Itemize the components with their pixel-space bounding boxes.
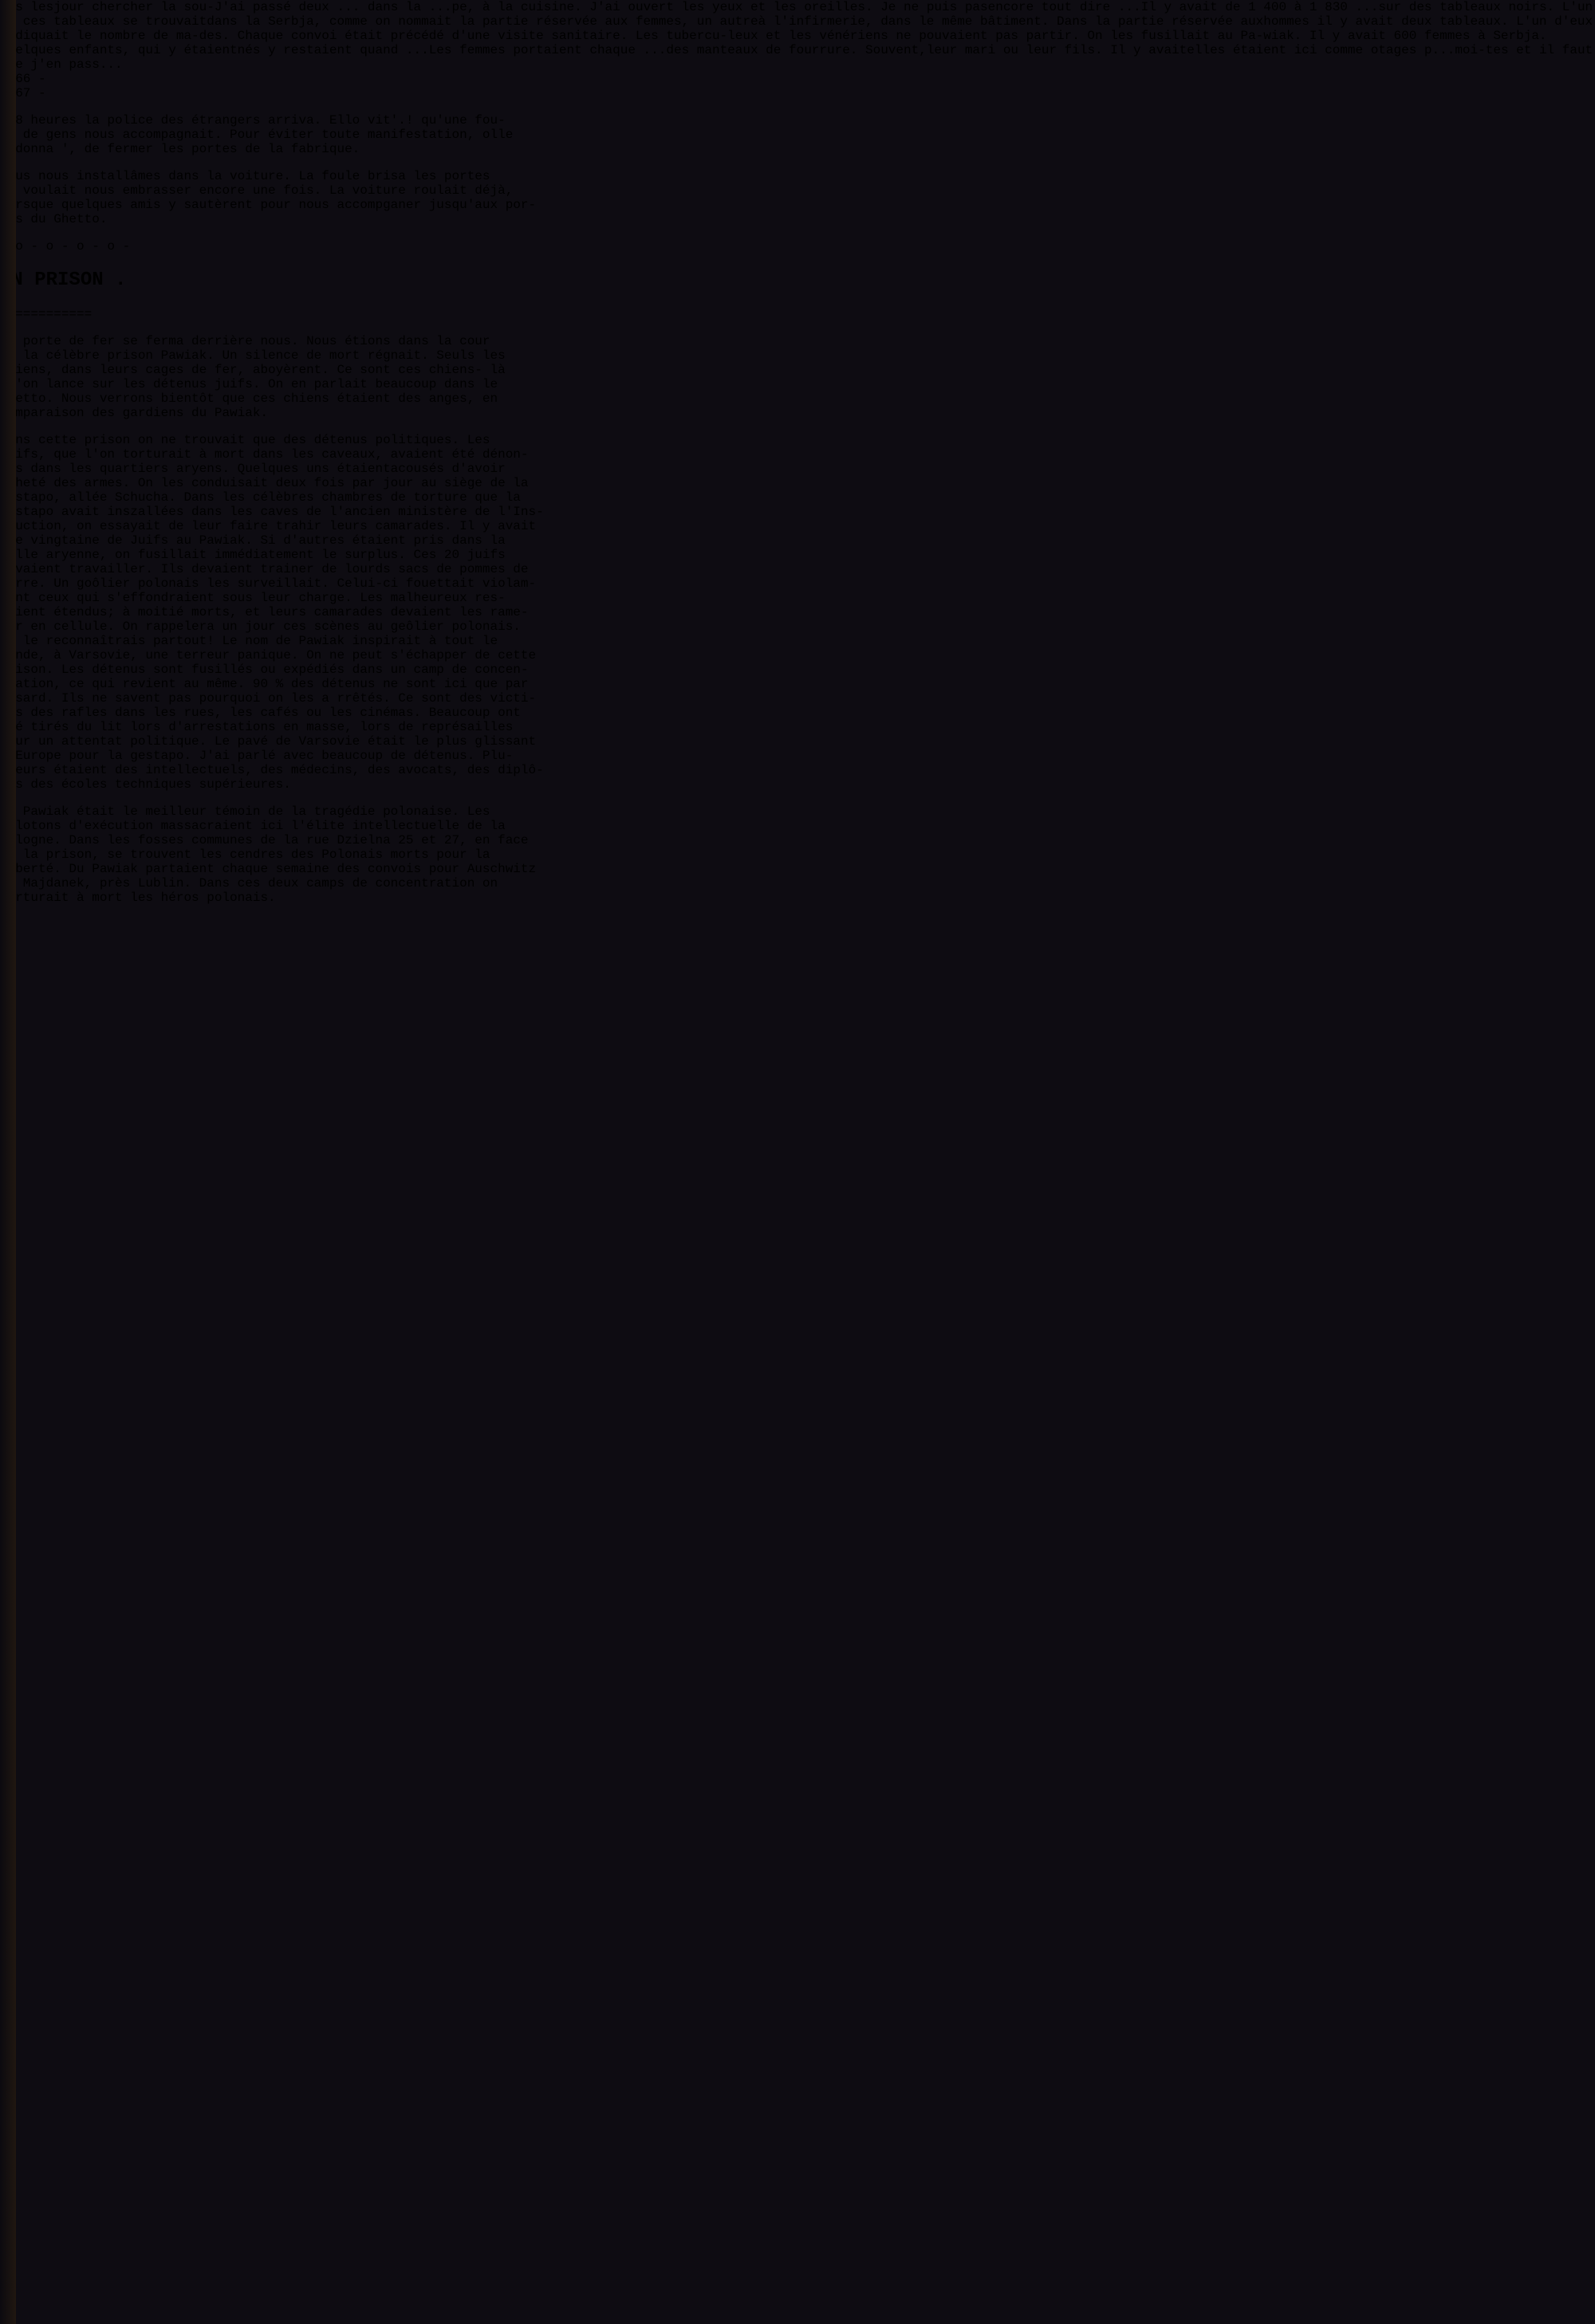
- typed-line: monde, à Varsovie, une terreur panique. …: [0, 648, 1595, 663]
- ghost-text-line: nés y restaient quand ...: [238, 43, 429, 57]
- typed-line: d'Europe pour la gestapo. J'ai parlé ave…: [0, 749, 1595, 763]
- ghost-text-line: dans la Serbja, comme on nommait la part…: [207, 14, 758, 29]
- ghost-text-line: des. Chaque convoi était précédé d'une v…: [199, 29, 728, 43]
- typed-line: de la célèbre prison Pawiak. Un silence …: [0, 348, 1595, 363]
- typed-line: tes du Ghetto.: [0, 212, 1595, 226]
- typed-line: de la prison, se trouvent les cendres de…: [0, 847, 1595, 862]
- typed-line: sieurs étaient des intellectuels, des mé…: [0, 763, 1595, 777]
- typed-line: terre. Un goôlier polonais les surveilla…: [0, 576, 1595, 591]
- ghost-text-line: pe, à la cuisine. J'ai ouvert les yeux e…: [452, 0, 988, 14]
- typed-line: Nous nous installâmes dans la voiture. L…: [0, 169, 1595, 183]
- paragraph-1: A 8 heures la police des étrangers arriv…: [0, 113, 1595, 156]
- left-page-edges: [16, 0, 51, 2324]
- paragraph-5: Le Pawiak était le meilleur témoin de la…: [0, 804, 1595, 905]
- section-heading: EN PRISON .: [0, 269, 1595, 291]
- typed-line: gestapo, allée Schucha. Dans les célèbre…: [0, 490, 1595, 505]
- ghost-text-line: encore tout dire ...: [988, 0, 1141, 14]
- typed-line: qu'on lance sur les détenus juifs. On en…: [0, 377, 1595, 391]
- paragraph-2: Nous nous installâmes dans la voiture. L…: [0, 169, 1595, 226]
- typed-line: pelotons d'exécution massacraient ici l'…: [0, 819, 1595, 833]
- typed-line: tration, ce qui revient au même. 90 % de…: [0, 677, 1595, 691]
- typed-line: été tirés du lit lors d'arrestations en …: [0, 720, 1595, 734]
- typed-line: cés dans les quartiers aryens. Quelques …: [0, 462, 1595, 476]
- section-separator: - o - o - o - o -: [0, 239, 1595, 254]
- typed-line: juifs, que l'on torturait à mort dans le…: [0, 447, 1595, 462]
- typed-line: taient étendus; à moitié morts, et leurs…: [0, 605, 1595, 619]
- typed-line: pour un attentat politique. Le pavé de V…: [0, 734, 1595, 749]
- ghost-page-number: - 67 -: [0, 86, 1595, 100]
- typed-line: torturait à mort les héros polonais.: [0, 891, 1595, 905]
- typed-line: comparaison des gardiens du Pawiak.: [0, 406, 1595, 420]
- book-gutter-shadow: [0, 0, 16, 2324]
- typed-line: Le Pawiak était le meilleur témoin de la…: [0, 804, 1595, 819]
- typed-line: devaient travailler. Ils devaient traine…: [0, 562, 1595, 576]
- ghost-layer: tes lesjour chercher la sou-J'ai passé d…: [0, 0, 1595, 72]
- typed-line: ordonna ', de fermer les portes de la fa…: [0, 142, 1595, 156]
- typed-line: A 8 heures la police des étrangers arriv…: [0, 113, 1595, 128]
- typed-line: truction, on essayait de leur faire trah…: [0, 519, 1595, 533]
- typed-line: On voulait nous embrasser encore une foi…: [0, 183, 1595, 198]
- typed-line: lorsque quelques amis y sautèrent pour n…: [0, 198, 1595, 212]
- typed-line: ment ceux qui s'effondraient sous leur c…: [0, 591, 1595, 605]
- ghost-text-line: moi-: [1455, 43, 1485, 57]
- typed-line: gestapo avait inszallées dans les caves …: [0, 505, 1595, 519]
- typed-line: ville aryenne, on fusillait immédiatemen…: [0, 548, 1595, 562]
- ghost-text-line: Il y avait de 1 400 à 1 830 ...: [1141, 0, 1379, 14]
- typed-line: Ghetto. Nous verrons bientôt que ces chi…: [0, 391, 1595, 406]
- typed-line: hasard. Ils ne savent pas pourquoi on le…: [0, 691, 1595, 706]
- ghost-text-line: leux et les vénériens ne pouvaient pas p…: [727, 29, 1263, 43]
- ghost-text-line: J'ai passé deux ... dans la ...: [215, 0, 452, 14]
- typed-line: La porte de fer se ferma derrière nous. …: [0, 334, 1595, 348]
- typed-line: acheté des armes. On les conduisait deux…: [0, 476, 1595, 490]
- typed-line: liberté. Du Pawiak partaient chaque sema…: [0, 862, 1595, 876]
- paragraph-3: La porte de fer se ferma derrière nous. …: [0, 334, 1595, 420]
- typed-line: mes des rafles dans les rues, les cafés …: [0, 706, 1595, 720]
- typed-line: ner en cellule. On rappelera un jour ces…: [0, 619, 1595, 634]
- typed-text-layer: - 66 - - 67 - A 8 heures la police des é…: [0, 72, 1595, 905]
- paragraph-4: Dans cette prison on ne trouvait que des…: [0, 433, 1595, 792]
- typed-line: et Majdanek, près Lublin. Dans ces deux …: [0, 876, 1595, 891]
- typed-line: prison. Les détenus sont fusillés ou exp…: [0, 663, 1595, 677]
- ghost-text-line: leur mari ou leur fils. Il y avait: [927, 43, 1187, 57]
- ghost-text-line: elles étaient ici comme otages p...: [1187, 43, 1455, 57]
- ghost-text-line: jour chercher la sou-: [53, 0, 215, 14]
- heading-underline: ============: [0, 307, 1595, 321]
- typed-line: Dans cette prison on ne trouvait que des…: [0, 433, 1595, 447]
- page-number: - 66 -: [0, 72, 1595, 86]
- typed-line: chiens, dans leurs cages de fer, aboyère…: [0, 363, 1595, 377]
- ghost-text-line: Les femmes portaient chaque ...: [429, 43, 667, 57]
- ghost-text-line: des manteaux de fourrure. Souvent,: [666, 43, 926, 57]
- ghost-text-line: à l'infirmerie, dans le même bâtiment. D…: [758, 14, 1264, 29]
- typed-line: Je le reconnaîtrais partout! Le nom de P…: [0, 634, 1595, 648]
- typed-line: més des écoles techniques supérieures.: [0, 777, 1595, 792]
- scanned-document-page: tes lesjour chercher la sou-J'ai passé d…: [0, 0, 1595, 2324]
- page-paper: tes lesjour chercher la sou-J'ai passé d…: [0, 0, 1595, 905]
- typed-line: le de gens nous accompagnait. Pour évite…: [0, 128, 1595, 142]
- typed-line: une vingtaine de Juifs au Pawiak. Si d'a…: [0, 533, 1595, 548]
- typed-line: Pologne. Dans les fosses communes de la …: [0, 833, 1595, 847]
